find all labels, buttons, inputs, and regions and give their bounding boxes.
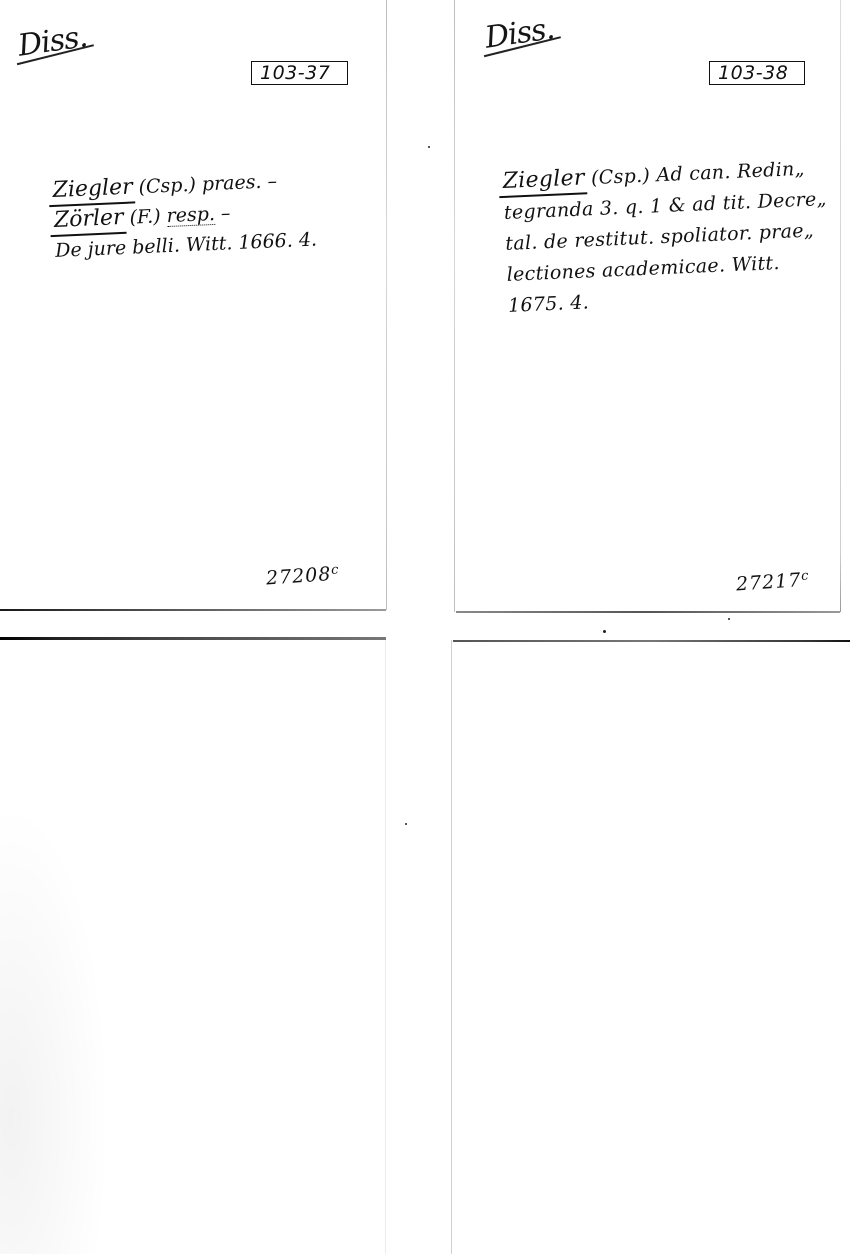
entry-text: – (214, 202, 230, 225)
dust-speck (603, 630, 606, 633)
shelfmark-box: 103-38 (709, 61, 805, 85)
scanned-page: Diss. 103-37 Ziegler (Csp.) praes. – Zör… (0, 0, 850, 1254)
accession-digits: 27208 (265, 563, 332, 590)
entry-text: (Csp.) praes. – (132, 170, 277, 198)
catalog-card-103-37: Diss. 103-37 Ziegler (Csp.) praes. – Zör… (0, 0, 386, 610)
dust-speck (428, 146, 430, 148)
lower-card-edge-left (385, 640, 386, 1254)
dust-speck (405, 823, 407, 825)
lower-card-top-edge-left (0, 637, 386, 640)
author-name: Ziegler (502, 162, 585, 197)
accession-suffix: c (331, 562, 340, 578)
card-edge-left-card-right (386, 0, 387, 610)
category-mark: Diss. (483, 11, 556, 55)
accession-suffix: c (801, 568, 810, 584)
category-mark: Diss. (16, 19, 89, 63)
paper-shadow (0, 800, 110, 1254)
catalog-entry: Ziegler (Csp.) Ad can. Redin„ tegranda 3… (502, 152, 831, 322)
lower-card-top-edge-right (453, 640, 850, 642)
resp-label: resp. (166, 204, 215, 227)
dust-speck (728, 618, 730, 620)
entry-text: (F.) (123, 205, 167, 229)
entry-text: (Csp.) Ad can. Redin„ (584, 158, 805, 190)
accession-digits: 27217 (735, 569, 802, 596)
accession-number: 27208c (265, 562, 340, 589)
accession-number: 27217c (735, 568, 810, 595)
catalog-card-103-38: Diss. 103-38 Ziegler (Csp.) Ad can. Redi… (455, 0, 841, 612)
respondent-name: Zörler (53, 203, 124, 236)
catalog-entry: Ziegler (Csp.) praes. – Zörler (F.) resp… (52, 165, 318, 266)
author-name: Ziegler (52, 173, 133, 206)
shelfmark-box: 103-37 (251, 61, 348, 85)
lower-card-edge-right (451, 640, 452, 1254)
